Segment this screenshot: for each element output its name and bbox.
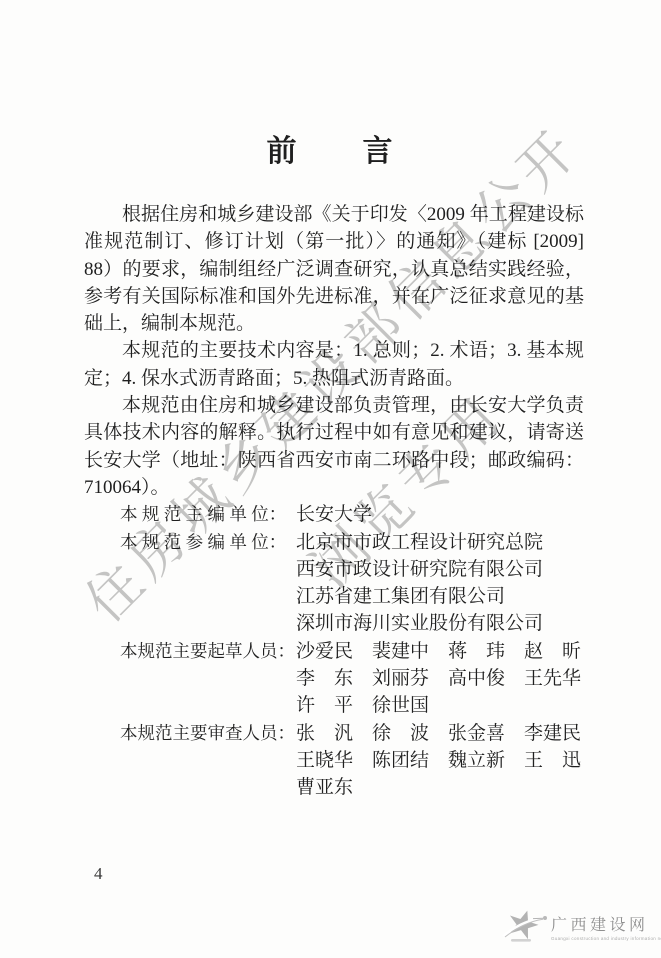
credit-value-line: 沙爱民 裴建中 蒋 玮 赵 昕 [296, 638, 584, 665]
credit-value-line: 深圳市海川实业股份有限公司 [296, 610, 584, 637]
credit-label: 本规范主要审查人员： [120, 720, 296, 802]
site-logo-tagline: Guangxi construction and industry inform… [551, 936, 661, 941]
credit-row-co-editors: 本 规 范 参 编 单 位： 北京市市政工程设计研究总院 西安市政设计研究院有限… [120, 529, 584, 638]
site-logo: 广西建设网 Guangxi construction and industry … [497, 906, 655, 946]
site-logo-text: 广西建设网 [551, 912, 661, 935]
star-icon [497, 906, 549, 946]
page-number: 4 [94, 864, 103, 884]
credit-row-drafters: 本规范主要起草人员： 沙爱民 裴建中 蒋 玮 赵 昕 李 东 刘丽芬 高中俊 王… [120, 638, 584, 720]
credit-label: 本 规 范 主 编 单 位： [120, 501, 296, 528]
credit-row-reviewers: 本规范主要审查人员： 张 汎 徐 波 张金喜 李建民 王晓华 陈团结 魏立新 王… [120, 720, 584, 802]
credit-value-line: 李 东 刘丽芬 高中俊 王先华 [296, 665, 584, 692]
credit-row-chief-editor: 本 规 范 主 编 单 位： 长安大学 [120, 501, 584, 528]
credit-value-line: 江苏省建工集团有限公司 [296, 583, 584, 610]
credit-value-line: 曹亚东 [296, 774, 584, 801]
credit-label: 本 规 范 参 编 单 位： [120, 529, 296, 638]
credits-section: 本 规 范 主 编 单 位： 长安大学 本 规 范 参 编 单 位： 北京市市政… [120, 501, 584, 801]
credit-value-line: 长安大学 [296, 501, 584, 528]
page-title: 前 言 [0, 126, 661, 170]
preface-body: 根据住房和城乡建设部《关于印发〈2009 年工程建设标准规范制订、修订计划（第一… [84, 201, 584, 802]
credit-value-line: 王晓华 陈团结 魏立新 王 迅 [296, 747, 584, 774]
credit-value-line: 北京市市政工程设计研究总院 [296, 529, 584, 556]
preface-paragraph-3: 本规范由住房和城乡建设部负责管理，由长安大学负责具体技术内容的解释。执行过程中如… [84, 392, 584, 501]
preface-paragraph-2: 本规范的主要技术内容是：1. 总则；2. 术语；3. 基本规定；4. 保水式沥青… [84, 337, 584, 392]
document-page: 住房城乡建设部信息公开 浏览专用 前 言 根据住房和城乡建设部《关于印发〈200… [0, 0, 661, 958]
credit-value-line: 西安市政设计研究院有限公司 [296, 556, 584, 583]
credit-label: 本规范主要起草人员： [120, 638, 296, 720]
preface-paragraph-1: 根据住房和城乡建设部《关于印发〈2009 年工程建设标准规范制订、修订计划（第一… [84, 201, 584, 337]
credit-value-line: 许 平 徐世国 [296, 692, 584, 719]
credit-value-line: 张 汎 徐 波 张金喜 李建民 [296, 720, 584, 747]
